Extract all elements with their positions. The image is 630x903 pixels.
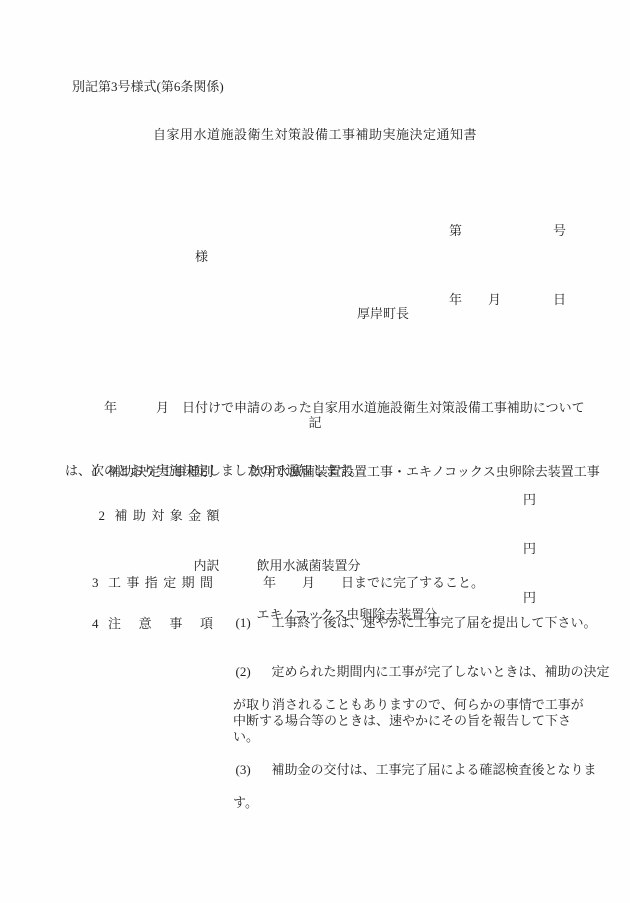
note-1-number: (1): [236, 615, 272, 631]
note-2-line-1: (2)定められた期間内に工事が完了しないときは、補助の決定: [216, 648, 564, 697]
note-2-text-1: 定められた期間内に工事が完了しないときは、補助の決定: [272, 664, 610, 679]
unit-yen-breakdown-1: 円: [523, 541, 536, 557]
notes-block: (1)工事終了後は、速やかに工事完了届を提出して下さい。 (2)定められた期間内…: [216, 599, 564, 811]
note-1-line-1: (1)工事終了後は、速やかに工事完了届を提出して下さい。: [216, 599, 564, 648]
note-2-line-2: が取り消されることもありますので、何らかの事情で工事が: [216, 697, 564, 713]
addressee-honorific: 様: [195, 246, 208, 265]
section-marker: 記: [0, 412, 630, 431]
item-4-row: 4注意事項: [79, 600, 213, 648]
item-2-label: 補助対象金額: [115, 508, 220, 524]
item-3-number: 3: [92, 575, 108, 591]
note-2-line-4: い。: [216, 729, 564, 745]
document-date-line: 年 月 日: [449, 288, 566, 311]
note-3-line-2: す。: [216, 795, 564, 811]
note-3-text-1: 補助金の交付は、工事完了届による確認検査後となりま: [272, 762, 597, 777]
note-3-line-1: (3)補助金の交付は、工事完了届による確認検査後となりま: [216, 746, 564, 795]
note-1-text: 工事終了後は、速やかに工事完了届を提出して下さい。: [272, 615, 597, 630]
note-2-line-3: 中断する場合等のときは、速やかにその旨を報告して下さ: [216, 713, 564, 729]
item-1-label: 補助決定工事種別: [108, 464, 213, 480]
document-title: 自家用水道施設衛生対策設備工事補助実施決定通知書: [0, 124, 630, 143]
note-2-number: (2): [236, 664, 272, 680]
note-3-number: (3): [236, 762, 272, 778]
sender-title: 厚岸町長: [357, 303, 409, 322]
item-4-number: 4: [92, 616, 108, 632]
document-page: 別記第3号様式(第6条関係) 自家用水道施設衛生対策設備工事補助実施決定通知書 …: [0, 0, 630, 903]
form-reference: 別記第3号様式(第6条関係): [72, 76, 224, 95]
item-3-value: 年 月 日までに完了すること。: [250, 575, 484, 590]
item-2-row-total: 2補助対象金額円: [79, 492, 536, 541]
unit-yen-total: 円: [523, 492, 536, 508]
item-1-row: 1補助決定工事種別飲用水滅菌装置設置工事・エキノコックス虫卵除去装置工事: [79, 448, 600, 496]
item-4-label: 注意事項: [108, 616, 213, 632]
item-1-number: 1: [92, 464, 108, 480]
item-3-label: 工事指定期間: [108, 575, 213, 591]
item-2-number: 2: [99, 508, 115, 524]
document-number-line: 第 号: [449, 219, 566, 242]
item-1-value: 飲用水滅菌装置設置工事・エキノコックス虫卵除去装置工事: [250, 464, 600, 479]
document-number-block: 第 号 年 月 日: [449, 173, 566, 357]
